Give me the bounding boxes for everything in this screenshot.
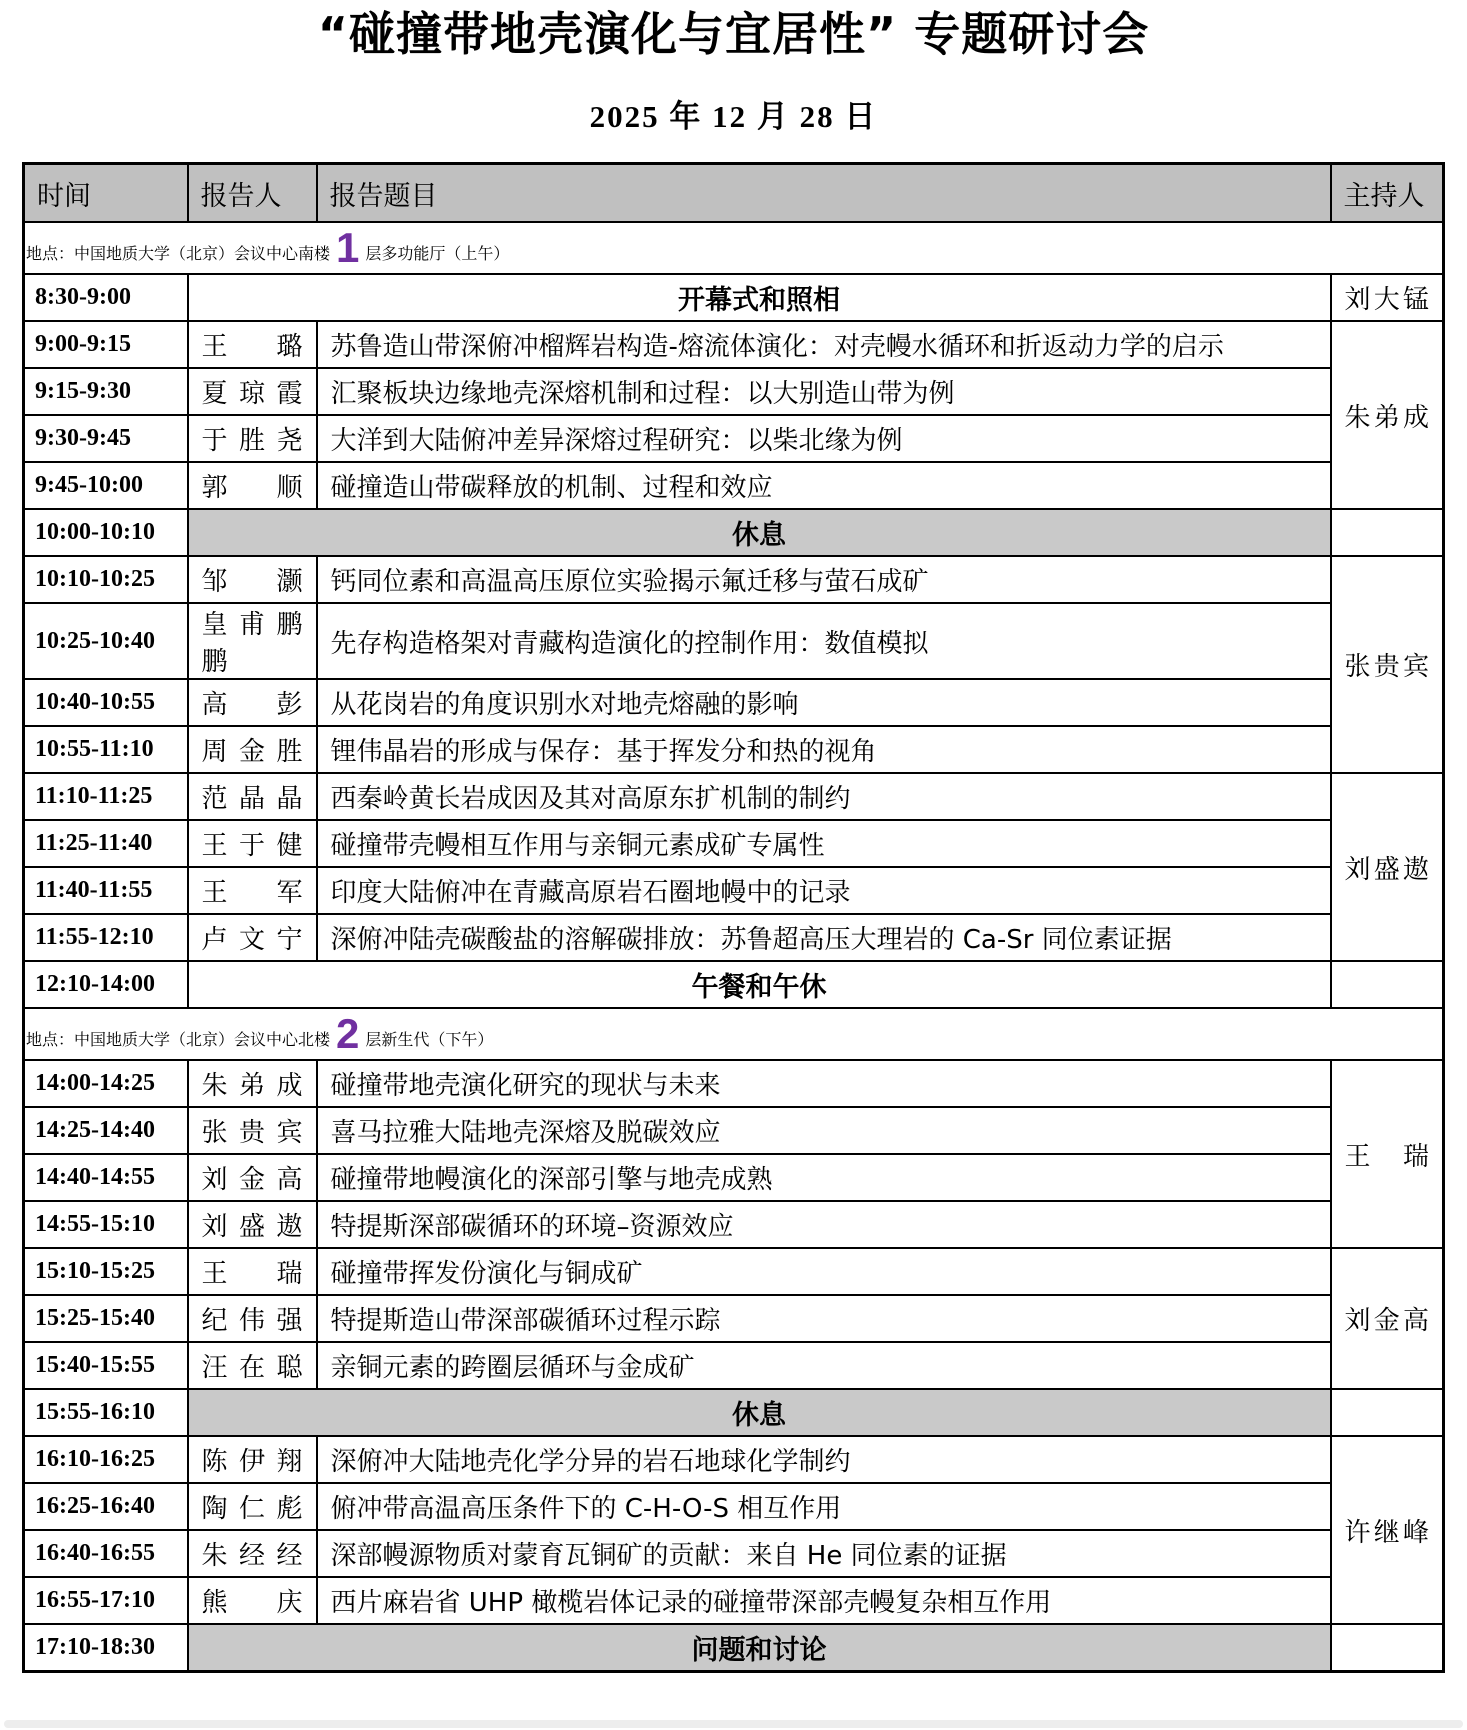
talk-title-cell: 碰撞带地幔演化的深部引擎与地壳成熟 [317,1154,1331,1201]
table-header-row: 时间 报告人 报告题目 主持人 [24,163,1444,222]
column-header-title: 报告题目 [317,163,1331,222]
venue-floor-number: 2 [330,1010,365,1057]
talk-title-cell: 大洋到大陆俯冲差异深熔过程研究：以柴北缘为例 [317,415,1331,462]
event-label-cell: 午餐和午休 [188,961,1331,1008]
time-cell: 15:40-15:55 [24,1342,188,1389]
speaker-cell: 范晶晶 [188,773,317,820]
speaker-cell: 刘盛遨 [188,1201,317,1248]
talk-row: 9:45-10:00郭 顺碰撞造山带碳释放的机制、过程和效应 [24,462,1444,509]
speaker-cell: 朱弟成 [188,1060,317,1107]
speaker-cell: 周金胜 [188,726,317,773]
venue-row: 地点：中国地质大学（北京）会议中心北楼2层新生代（下午） [24,1008,1444,1060]
chair-cell: 刘大锰 [1331,274,1444,321]
talk-title-cell: 碰撞带挥发份演化与铜成矿 [317,1248,1331,1295]
speaker-cell: 纪伟强 [188,1295,317,1342]
time-cell: 16:40-16:55 [24,1530,188,1577]
speaker-cell: 王 军 [188,867,317,914]
speaker-cell: 王 璐 [188,321,317,368]
speaker-cell: 朱经经 [188,1530,317,1577]
event-label-cell: 问题和讨论 [188,1624,1331,1671]
speaker-cell: 熊 庆 [188,1577,317,1624]
talk-title-cell: 碰撞造山带碳释放的机制、过程和效应 [317,462,1331,509]
time-cell: 16:10-16:25 [24,1436,188,1483]
talk-row: 15:10-15:25王 瑞碰撞带挥发份演化与铜成矿刘金高 [24,1248,1444,1295]
time-cell: 16:25-16:40 [24,1483,188,1530]
talk-title-cell: 亲铜元素的跨圈层循环与金成矿 [317,1342,1331,1389]
event-label-cell: 休息 [188,509,1331,556]
talk-row: 16:55-17:10熊 庆西片麻岩省 UHP 橄榄岩体记录的碰撞带深部壳幔复杂… [24,1577,1444,1624]
speaker-cell: 陈伊翔 [188,1436,317,1483]
event-row: 10:00-10:10休息 [24,509,1444,556]
time-cell: 16:55-17:10 [24,1577,188,1624]
talk-title-cell: 碰撞带地壳演化研究的现状与未来 [317,1060,1331,1107]
event-date: 2025 年 12 月 28 日 [0,91,1467,136]
time-cell: 11:25-11:40 [24,820,188,867]
chair-cell: 许继峰 [1331,1436,1444,1624]
speaker-cell: 夏琼霞 [188,368,317,415]
time-cell: 14:25-14:40 [24,1107,188,1154]
time-cell: 11:55-12:10 [24,914,188,961]
talk-title-cell: 喜马拉雅大陆地壳深熔及脱碳效应 [317,1107,1331,1154]
chair-cell: 刘盛遨 [1331,773,1444,961]
time-cell: 10:55-11:10 [24,726,188,773]
talk-row: 10:55-11:10周金胜锂伟晶岩的形成与保存：基于挥发分和热的视角 [24,726,1444,773]
talk-title-cell: 先存构造格架对青藏构造演化的控制作用：数值模拟 [317,603,1331,679]
speaker-cell: 郭 顺 [188,462,317,509]
talk-title-cell: 印度大陆俯冲在青藏高原岩石圈地幔中的记录 [317,867,1331,914]
speaker-cell: 皇甫鹏鹏 [188,603,317,679]
event-row: 15:55-16:10休息 [24,1389,1444,1436]
venue-text-suffix: 层新生代（下午） [365,1030,493,1049]
talk-row: 16:40-16:55朱经经深部幔源物质对蒙育瓦铜矿的贡献：来自 He 同位素的… [24,1530,1444,1577]
venue-text-suffix: 层多功能厅（上午） [365,244,509,263]
event-row: 17:10-18:30问题和讨论 [24,1624,1444,1671]
event-row: 8:30-9:00开幕式和照相刘大锰 [24,274,1444,321]
talk-title-cell: 钙同位素和高温高压原位实验揭示氟迁移与萤石成矿 [317,556,1331,603]
time-cell: 9:30-9:45 [24,415,188,462]
time-cell: 8:30-9:00 [24,274,188,321]
schedule-table: 时间 报告人 报告题目 主持人 地点：中国地质大学（北京）会议中心南楼1层多功能… [22,162,1445,1673]
time-cell: 15:25-15:40 [24,1295,188,1342]
talk-title-cell: 从花岗岩的角度识别水对地壳熔融的影响 [317,679,1331,726]
schedule-page: “碰撞带地壳演化与宜居性” 专题研讨会 2025 年 12 月 28 日 时间 … [0,0,1467,1730]
talk-title-cell: 深部幔源物质对蒙育瓦铜矿的贡献：来自 He 同位素的证据 [317,1530,1331,1577]
time-cell: 15:10-15:25 [24,1248,188,1295]
event-row: 12:10-14:00午餐和午休 [24,961,1444,1008]
talk-title-cell: 西片麻岩省 UHP 橄榄岩体记录的碰撞带深部壳幔复杂相互作用 [317,1577,1331,1624]
chair-cell: 张贵宾 [1331,556,1444,773]
time-cell: 15:55-16:10 [24,1389,188,1436]
speaker-cell: 卢文宁 [188,914,317,961]
venue-text-prefix: 地点：中国地质大学（北京）会议中心南楼 [26,244,330,263]
talk-row: 11:55-12:10卢文宁深俯冲陆壳碳酸盐的溶解碳排放：苏鲁超高压大理岩的 C… [24,914,1444,961]
talk-title-cell: 锂伟晶岩的形成与保存：基于挥发分和热的视角 [317,726,1331,773]
talk-row: 11:40-11:55王 军印度大陆俯冲在青藏高原岩石圈地幔中的记录 [24,867,1444,914]
venue-floor-number: 1 [330,224,365,271]
page-title: “碰撞带地壳演化与宜居性” 专题研讨会 [0,8,1467,61]
column-header-time: 时间 [24,163,188,222]
venue-cell: 地点：中国地质大学（北京）会议中心北楼2层新生代（下午） [24,1008,1444,1060]
event-label-cell: 开幕式和照相 [188,274,1331,321]
time-cell: 14:55-15:10 [24,1201,188,1248]
time-cell: 14:00-14:25 [24,1060,188,1107]
time-cell: 10:40-10:55 [24,679,188,726]
speaker-cell: 高 彭 [188,679,317,726]
talk-row: 14:40-14:55刘金高碰撞带地幔演化的深部引擎与地壳成熟 [24,1154,1444,1201]
time-cell: 17:10-18:30 [24,1624,188,1671]
talk-row: 14:25-14:40张贵宾喜马拉雅大陆地壳深熔及脱碳效应 [24,1107,1444,1154]
talk-row: 10:10-10:25邹 灏钙同位素和高温高压原位实验揭示氟迁移与萤石成矿张贵宾 [24,556,1444,603]
chair-cell [1331,1624,1444,1671]
talk-title-cell: 碰撞带壳幔相互作用与亲铜元素成矿专属性 [317,820,1331,867]
talk-row: 11:25-11:40王于健碰撞带壳幔相互作用与亲铜元素成矿专属性 [24,820,1444,867]
talk-row: 14:55-15:10刘盛遨特提斯深部碳循环的环境–资源效应 [24,1201,1444,1248]
time-cell: 10:00-10:10 [24,509,188,556]
time-cell: 10:25-10:40 [24,603,188,679]
chair-cell [1331,1389,1444,1436]
speaker-cell: 刘金高 [188,1154,317,1201]
talk-title-cell: 特提斯造山带深部碳循环过程示踪 [317,1295,1331,1342]
talk-row: 11:10-11:25范晶晶西秦岭黄长岩成因及其对高原东扩机制的制约刘盛遨 [24,773,1444,820]
time-cell: 9:15-9:30 [24,368,188,415]
time-cell: 14:40-14:55 [24,1154,188,1201]
time-cell: 9:00-9:15 [24,321,188,368]
talk-row: 14:00-14:25朱弟成碰撞带地壳演化研究的现状与未来王 瑞 [24,1060,1444,1107]
talk-title-cell: 深俯冲陆壳碳酸盐的溶解碳排放：苏鲁超高压大理岩的 Ca-Sr 同位素证据 [317,914,1331,961]
talk-row: 16:25-16:40陶仁彪俯冲带高温高压条件下的 C-H-O-S 相互作用 [24,1483,1444,1530]
speaker-cell: 汪在聪 [188,1342,317,1389]
speaker-cell: 王于健 [188,820,317,867]
chair-cell [1331,509,1444,556]
venue-cell: 地点：中国地质大学（北京）会议中心南楼1层多功能厅（上午） [24,222,1444,274]
talk-title-cell: 苏鲁造山带深俯冲榴辉岩构造-熔流体演化：对壳幔水循环和折返动力学的启示 [317,321,1331,368]
time-cell: 9:45-10:00 [24,462,188,509]
venue-text-prefix: 地点：中国地质大学（北京）会议中心北楼 [26,1030,330,1049]
talk-title-cell: 俯冲带高温高压条件下的 C-H-O-S 相互作用 [317,1483,1331,1530]
talk-row: 10:40-10:55高 彭从花岗岩的角度识别水对地壳熔融的影响 [24,679,1444,726]
time-cell: 11:10-11:25 [24,773,188,820]
talk-title-cell: 特提斯深部碳循环的环境–资源效应 [317,1201,1331,1248]
column-header-chair: 主持人 [1331,163,1444,222]
column-header-speaker: 报告人 [188,163,317,222]
time-cell: 12:10-14:00 [24,961,188,1008]
schedule-body: 地点：中国地质大学（北京）会议中心南楼1层多功能厅（上午）8:30-9:00开幕… [24,222,1444,1671]
talk-row: 15:40-15:55汪在聪亲铜元素的跨圈层循环与金成矿 [24,1342,1444,1389]
talk-row: 10:25-10:40皇甫鹏鹏先存构造格架对青藏构造演化的控制作用：数值模拟 [24,603,1444,679]
talk-row: 9:00-9:15王 璐苏鲁造山带深俯冲榴辉岩构造-熔流体演化：对壳幔水循环和折… [24,321,1444,368]
speaker-cell: 邹 灏 [188,556,317,603]
speaker-cell: 于胜尧 [188,415,317,462]
event-label-cell: 休息 [188,1389,1331,1436]
talk-title-cell: 汇聚板块边缘地壳深熔机制和过程：以大别造山带为例 [317,368,1331,415]
bottom-edge-strip [4,1720,1463,1728]
speaker-cell: 张贵宾 [188,1107,317,1154]
talk-row: 16:10-16:25陈伊翔深俯冲大陆地壳化学分异的岩石地球化学制约许继峰 [24,1436,1444,1483]
chair-cell: 朱弟成 [1331,321,1444,509]
talk-row: 15:25-15:40纪伟强特提斯造山带深部碳循环过程示踪 [24,1295,1444,1342]
talk-title-cell: 深俯冲大陆地壳化学分异的岩石地球化学制约 [317,1436,1331,1483]
speaker-cell: 陶仁彪 [188,1483,317,1530]
chair-cell [1331,961,1444,1008]
chair-cell: 刘金高 [1331,1248,1444,1389]
time-cell: 11:40-11:55 [24,867,188,914]
speaker-cell: 王 瑞 [188,1248,317,1295]
talk-row: 9:30-9:45于胜尧大洋到大陆俯冲差异深熔过程研究：以柴北缘为例 [24,415,1444,462]
venue-row: 地点：中国地质大学（北京）会议中心南楼1层多功能厅（上午） [24,222,1444,274]
talk-title-cell: 西秦岭黄长岩成因及其对高原东扩机制的制约 [317,773,1331,820]
chair-cell: 王 瑞 [1331,1060,1444,1248]
talk-row: 9:15-9:30夏琼霞汇聚板块边缘地壳深熔机制和过程：以大别造山带为例 [24,368,1444,415]
time-cell: 10:10-10:25 [24,556,188,603]
